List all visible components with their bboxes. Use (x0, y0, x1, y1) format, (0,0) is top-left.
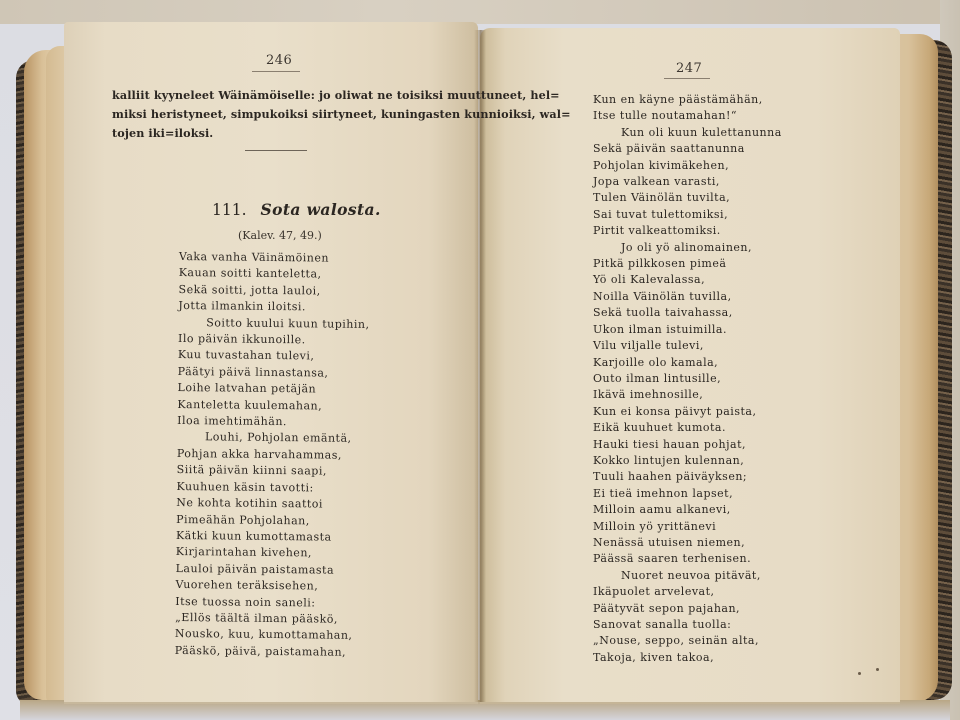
verse-line: Karjoille olo kamala, (593, 355, 782, 371)
verse-line: Päätyvät sepon pajahan, (593, 601, 782, 617)
verse-line: Sai tuvat tulettomiksi, (593, 207, 782, 223)
verse-line: Ei tieä imehnon lapset, (593, 486, 782, 502)
verse-line: Sanovat sanalla tuolla: (593, 617, 782, 633)
prose-line: kalliit kyyneleet Wäinämöiselle: jo oliw… (112, 86, 460, 105)
left-page-number: 246 (266, 53, 292, 68)
prose-line: miksi heristyneet, simpukoiksi siirtynee… (112, 105, 460, 124)
poem-number: 111. (212, 201, 247, 219)
verse-line: Sekä soitti, jotta lauloi, (178, 282, 369, 300)
verse-line: Pääskö, päivä, paistamahan, (175, 643, 366, 661)
verse-line: Iloa imehtimähän. (177, 413, 368, 431)
fraktur-prose: kalliit kyyneleet Wäinämöiselle: jo oliw… (112, 86, 460, 143)
verse-line: Vilu viljalle tulevi, (593, 338, 782, 354)
verse-line: Siitä päivän kiinni saapi, (177, 462, 368, 480)
verse-line: Pohjolan kivimäkehen, (593, 158, 782, 174)
verse-line: Jopa valkean varasti, (593, 174, 782, 190)
verse-line: Sekä päivän saattanunna (593, 141, 782, 157)
verse-line: „Ellös täältä ilman pääskö, (175, 610, 366, 628)
verse-line: Eikä kuuhuet kumota. (593, 420, 782, 436)
verse-line: Jotta ilmankin iloitsi. (178, 298, 369, 316)
verse-line: Noilla Väinölän tuvilla, (593, 289, 782, 305)
verse-line: Ikäpuolet arvelevat, (593, 584, 782, 600)
right-page-number: 247 (676, 61, 702, 76)
verse-line: Kokko lintujen kulennan, (593, 453, 782, 469)
verse-line: Milloin aamu alkanevi, (593, 502, 782, 518)
verse-line: „Nouse, seppo, seinän alta, (593, 633, 782, 649)
verse-line: Kuuhuen käsin tavotti: (176, 479, 367, 497)
section-divider (245, 150, 307, 151)
verse-line: Itse tuossa noin saneli: (175, 594, 366, 612)
verse-line: Kätki kuun kumottamasta (176, 528, 367, 546)
verse-line: Tuuli haahen päiväyksen; (593, 469, 782, 485)
verse-line: Kun ei konsa päivyt paista, (593, 404, 782, 420)
verse-line: Hauki tiesi hauan pohjat, (593, 437, 782, 453)
verse-line: Vaka vanha Väinämöinen (179, 249, 370, 267)
verse-line: Milloin yö yrittänevi (593, 519, 782, 535)
book-gutter (474, 30, 486, 702)
verse-line: Nousko, kuu, kumottamahan, (175, 626, 366, 644)
verse-line: Outo ilman lintusille, (593, 371, 782, 387)
verse-line: Ne kohta kotihin saattoi (176, 495, 367, 513)
verse-line: Kuu tuvastahan tulevi, (178, 347, 369, 365)
poem-verse-left: Vaka vanha VäinämöinenKauan soitti kante… (175, 249, 371, 661)
verse-line: Päätyi päivä linnastansa, (178, 364, 369, 382)
verse-line: Kanteletta kuulemahan, (177, 397, 368, 415)
book-bottom-edge (20, 700, 950, 720)
poem-source: (Kalev. 47, 49.) (238, 229, 322, 242)
verse-line: Nenässä utuisen niemen, (593, 535, 782, 551)
paper-spot (876, 668, 879, 671)
page-number-rule (664, 78, 710, 79)
verse-line: Pimeähän Pohjolahan, (176, 511, 367, 529)
verse-line: Vuorehen teräksisehen, (175, 577, 366, 595)
verse-line: Ilo päivän ikkunoille. (178, 331, 369, 349)
background-surface (0, 0, 960, 24)
verse-line: Takoja, kiven takoa, (593, 650, 782, 666)
prose-line: tojen iki=iloksi. (112, 124, 460, 143)
verse-line: Ukon ilman istuimilla. (593, 322, 782, 338)
poem-title-text: Sota walosta. (261, 200, 381, 219)
verse-line: Yö oli Kalevalassa, (593, 272, 782, 288)
verse-line: Pirtit valkeattomiksi. (593, 223, 782, 239)
verse-line: Pohjan akka harvahammas, (177, 446, 368, 464)
poem-title: 111.Sota walosta. (212, 200, 381, 219)
verse-line: Kun en käyne päästämähän, (593, 92, 782, 108)
verse-line: Päässä saaren terhenisen. (593, 551, 782, 567)
verse-line: Ikävä imehnosille, (593, 387, 782, 403)
poem-verse-right: Kun en käyne päästämähän,Itse tulle nout… (593, 92, 782, 666)
verse-line: Louhi, Pohjolan emäntä, (177, 429, 368, 447)
paper-spot (858, 672, 861, 675)
verse-line: Kirjarintahan kivehen, (176, 544, 367, 562)
verse-line: Kauan soitti kanteletta, (179, 265, 370, 283)
verse-line: Tulen Väinölän tuvilta, (593, 190, 782, 206)
verse-line: Pitkä pilkkosen pimeä (593, 256, 782, 272)
verse-line: Itse tulle noutamahan!“ (593, 108, 782, 124)
verse-line: Soitto kuului kuun tupihin, (178, 315, 369, 333)
verse-line: Lauloi päivän paistamasta (176, 561, 367, 579)
verse-line: Nuoret neuvoa pitävät, (593, 568, 782, 584)
page-number-rule (252, 71, 300, 72)
verse-line: Jo oli yö alinomainen, (593, 240, 782, 256)
verse-line: Loihe latvahan petäjän (177, 380, 368, 398)
verse-line: Kun oli kuun kulettanunna (593, 125, 782, 141)
verse-line: Sekä tuolla taivahassa, (593, 305, 782, 321)
